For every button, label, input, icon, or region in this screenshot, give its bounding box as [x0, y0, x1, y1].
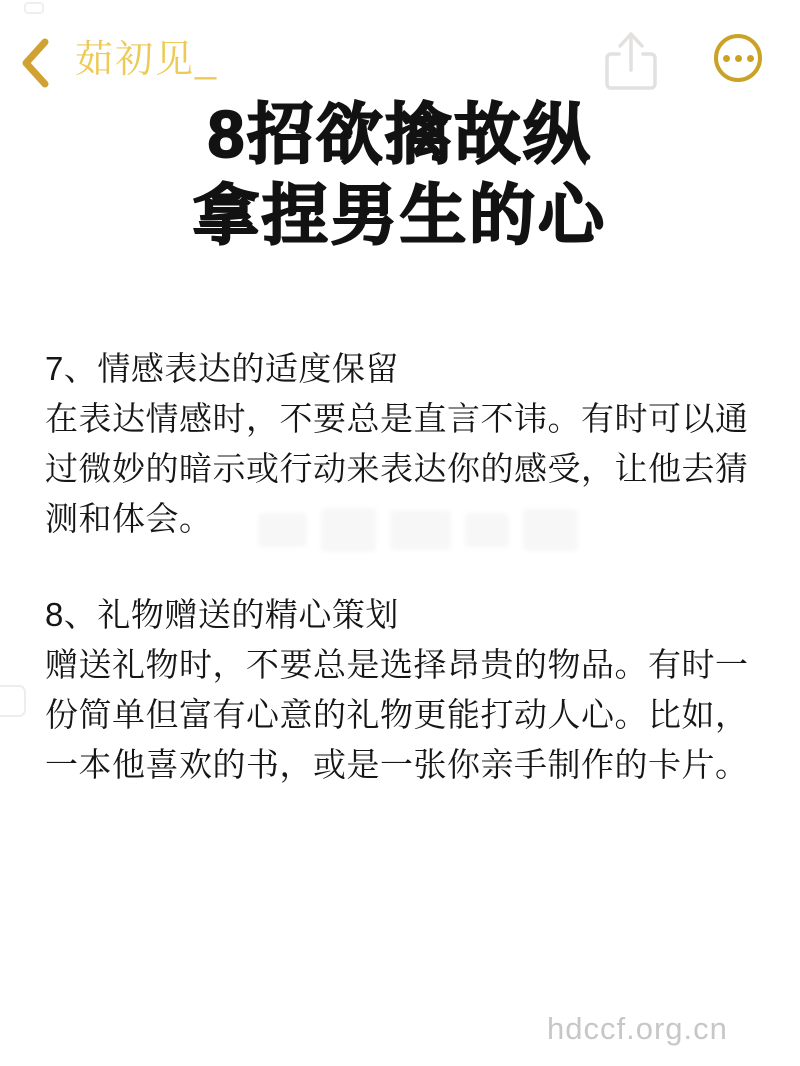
nav-note-title[interactable]: 茹初见_ — [75, 38, 218, 82]
note-headline-line2: 拿捏男生的心 — [0, 175, 800, 256]
note-section-8: 8、礼物赠送的精心策划 赠送礼物时，不要总是选择昂贵的物品。有时一份简单但富有心… — [45, 590, 761, 790]
section-8-text: 赠送礼物时，不要总是选择昂贵的物品。有时一份简单但富有心意的礼物更能打动人心。比… — [45, 640, 761, 790]
note-body[interactable]: 7、情感表达的适度保留 在表达情感时，不要总是直言不讳。有时可以通过微妙的暗示或… — [45, 344, 761, 836]
ellipsis-dot — [735, 55, 742, 62]
ellipsis-dot — [723, 55, 730, 62]
section-7-heading: 7、情感表达的适度保留 — [45, 344, 761, 394]
faint-edge-artifact — [24, 2, 44, 14]
site-watermark: hdccf.org.cn — [547, 1011, 728, 1047]
note-section-7: 7、情感表达的适度保留 在表达情感时，不要总是直言不讳。有时可以通过微妙的暗示或… — [45, 344, 761, 544]
faint-edge-artifact — [0, 685, 26, 717]
share-button[interactable] — [601, 30, 661, 94]
section-8-heading: 8、礼物赠送的精心策划 — [45, 590, 761, 640]
note-headline: 8招欲擒故纵 拿捏男生的心 — [0, 94, 800, 256]
more-button[interactable] — [714, 34, 762, 82]
ellipsis-dot — [747, 55, 754, 62]
notes-app-screen: 茹初见_ 8招欲擒故纵 拿捏男生的心 7、情感表达的适度保留 在表达情感时，不要… — [0, 0, 800, 1066]
note-headline-line1: 8招欲擒故纵 — [0, 94, 800, 175]
section-7-text: 在表达情感时，不要总是直言不讳。有时可以通过微妙的暗示或行动来表达你的感受，让他… — [45, 394, 761, 544]
chevron-left-icon — [20, 38, 50, 88]
back-button[interactable] — [20, 38, 50, 88]
share-icon — [601, 30, 661, 94]
